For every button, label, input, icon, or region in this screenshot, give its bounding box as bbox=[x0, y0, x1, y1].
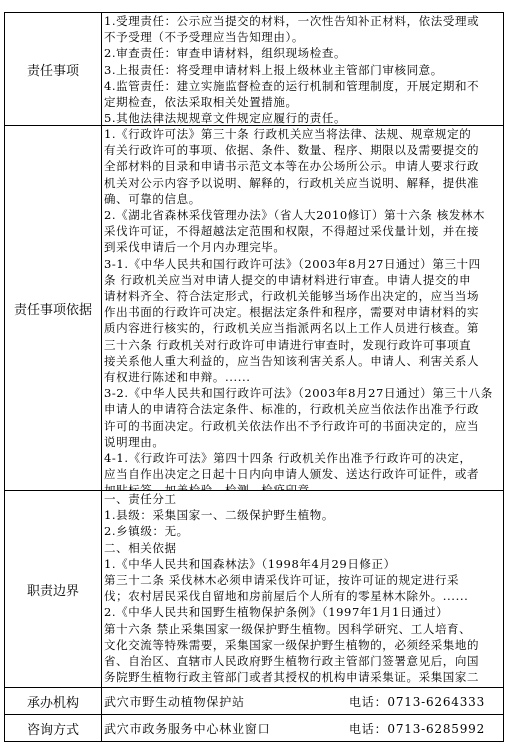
row-label: 承办机构 bbox=[5, 688, 102, 715]
text-line: 说明理由。 bbox=[104, 434, 503, 450]
text-line: 文化交流等特殊需要，采集国家一级保护野生植物的，必须经采集地的 bbox=[104, 637, 503, 653]
text-line: 作出书面的行政许可决定。根据法定条件和程序，需要对申请材料的实 bbox=[104, 304, 503, 320]
text-line: 1.受理责任：公示应当提交的材料，一次性告知补正材料，依法受理或 bbox=[104, 13, 503, 29]
text-line: 1.《行政许可法》第三十条 行政机关应当将法律、法规、规章规定的 bbox=[104, 126, 503, 142]
text-line: 省、自治区、直辖市人民政府野生植物行政主管部门签署意见后，向国 bbox=[104, 653, 503, 669]
responsibility-table: 责任事项 1.受理责任：公示应当提交的材料，一次性告知补正材料，依法受理或不予受… bbox=[4, 12, 504, 742]
row-responsibilities: 责任事项 1.受理责任：公示应当提交的材料，一次性告知补正材料，依法受理或不予受… bbox=[5, 13, 504, 126]
text-line: 申请人的申请符合法定条件、标准的，行政机关应当依法作出准予行政 bbox=[104, 401, 503, 417]
text-line: 许可的书面决定。行政机关依法作出不予行政许可的书面决定的，应当 bbox=[104, 418, 503, 434]
agency-phone: 电话：0713-6264333 bbox=[349, 693, 485, 710]
row-label: 责任事项 bbox=[5, 13, 102, 126]
row-content: 武穴市野生动植物保护站 电话：0713-6264333 bbox=[102, 688, 504, 715]
text-line: 二、相关依据 bbox=[104, 540, 503, 556]
consult-phone: 电话：0713-6285992 bbox=[349, 720, 485, 737]
row-duty-boundary: 职责边界 一、责任分工1.县级：采集国家一、二级保护野生植物。2.乡镇级：无。二… bbox=[5, 491, 504, 688]
text-line: 务院野生植物行政主管部门或者其授权的机构申请采集证。采集国家二 bbox=[104, 669, 503, 685]
text-line: 2.《湖北省森林采伐管理办法》（省人大2010修订）第十六条 核发林木 bbox=[104, 207, 503, 223]
text-line: 3.上报责任：将受理申请材料上报上级林业主管部门审核同意。 bbox=[104, 62, 503, 78]
content-block: 一、责任分工1.县级：采集国家一、二级保护野生植物。2.乡镇级：无。二、相关依据… bbox=[104, 491, 503, 687]
text-line: 应当自作出决定之日起十日内向申请人颁发、送达行政许可证件，或者 bbox=[104, 466, 503, 482]
text-line: 机关对公示内容予以说明、解释的，行政机关应当说明、解释，提供准 bbox=[104, 175, 503, 191]
text-line: 1.县级：采集国家一、二级保护野生植物。 bbox=[104, 507, 503, 523]
text-line: 定期检查，依法采取相关处置措施。 bbox=[104, 94, 503, 110]
consult-name: 武穴市政务服务中心林业窗口 bbox=[104, 720, 349, 737]
row-label: 职责边界 bbox=[5, 491, 102, 688]
text-line: 3-1.《中华人民共和国行政许可法》（2003年8月27日通过）第三十四 bbox=[104, 256, 503, 272]
text-line: 一、责任分工 bbox=[104, 491, 503, 507]
text-line: 第三十二条 采伐林木必须申请采伐许可证，按许可证的规定进行采 bbox=[104, 572, 503, 588]
row-consultation: 咨询方式 武穴市政务服务中心林业窗口 电话：0713-6285992 bbox=[5, 715, 504, 742]
text-line: 采伐许可证，不得超越法定范围和权限，不得超过采伐量计划，并在接 bbox=[104, 223, 503, 239]
content-block: 1.《行政许可法》第三十条 行政机关应当将法律、法规、规章规定的有关行政许可的事… bbox=[104, 126, 503, 490]
text-line: 第十六条 禁止采集国家一级保护野生植物。因科学研究、工人培育、 bbox=[104, 621, 503, 637]
text-line: 有关行政许可的事项、依据、条件、数量、程序、期限以及需要提交的 bbox=[104, 142, 503, 158]
text-line: 加贴标签、加盖检验、检测、检疫印章。 bbox=[104, 482, 503, 490]
text-line: 确、可靠的信息。 bbox=[104, 191, 503, 207]
text-line: 到采伐申请后一个月内办理完毕。 bbox=[104, 239, 503, 255]
text-line: 1.《中华人民共和国森林法》（1998年4月29日修正） bbox=[104, 556, 503, 572]
text-line: 4.监管责任：建立实施监督检查的运行机制和管理制度，开展定期和不 bbox=[104, 78, 503, 94]
row-content: 武穴市政务服务中心林业窗口 电话：0713-6285992 bbox=[102, 715, 504, 742]
row-content: 1.《行政许可法》第三十条 行政机关应当将法律、法规、规章规定的有关行政许可的事… bbox=[102, 126, 504, 491]
text-line: 2.《中华人民共和国野生植物保护条例》（1997年1月1日通过） bbox=[104, 604, 503, 620]
row-responsibility-basis: 责任事项依据 1.《行政许可法》第三十条 行政机关应当将法律、法规、规章规定的有… bbox=[5, 126, 504, 491]
row-content: 一、责任分工1.县级：采集国家一、二级保护野生植物。2.乡镇级：无。二、相关依据… bbox=[102, 491, 504, 688]
text-line: 伐；农村居民采伐自留地和房前屋后个人所有的零星林木除外。...... bbox=[104, 588, 503, 604]
text-line: 请材料齐全、符合法定形式，行政机关能够当场作出决定的，应当当场 bbox=[104, 288, 503, 304]
row-label: 咨询方式 bbox=[5, 715, 102, 742]
text-line: 4-1.《行政许可法》第四十四条 行政机关作出准予行政许可的决定， bbox=[104, 450, 503, 466]
content-block: 1.受理责任：公示应当提交的材料，一次性告知补正材料，依法受理或不予受理（不予受… bbox=[104, 13, 503, 125]
row-handling-agency: 承办机构 武穴市野生动植物保护站 电话：0713-6264333 bbox=[5, 688, 504, 715]
agency-name: 武穴市野生动植物保护站 bbox=[104, 693, 349, 710]
text-line: 接关系他人重大利益的，应当告知该利害关系人。申请人、利害关系人 bbox=[104, 353, 503, 369]
row-content: 1.受理责任：公示应当提交的材料，一次性告知补正材料，依法受理或不予受理（不予受… bbox=[102, 13, 504, 126]
row-label: 责任事项依据 bbox=[5, 126, 102, 491]
text-line: 有权进行陈述和申辩。...... bbox=[104, 369, 503, 385]
text-line: 2.乡镇级：无。 bbox=[104, 523, 503, 539]
text-line: 3-2.《中华人民共和国行政许可法》（2003年8月27日通过）第三十八条 bbox=[104, 385, 503, 401]
text-line: 全部材料的目录和申请书示范文本等在办公场所公示。申请人要求行政 bbox=[104, 158, 503, 174]
text-line: 2.审查责任：审查申请材料，组织现场检查。 bbox=[104, 45, 503, 61]
text-line: 三十六条 行政机关对行政许可申请进行审查时，发现行政许可事项直 bbox=[104, 337, 503, 353]
text-line: 5.其他法律法规规章文件规定应履行的责任。 bbox=[104, 110, 503, 125]
text-line: 不予受理（不予受理应当告知理由）。 bbox=[104, 29, 503, 45]
text-line: 质内容进行核实的，行政机关应当指派两名以上工作人员进行核查。第 bbox=[104, 320, 503, 336]
text-line: 条 行政机关应当对申请人提交的申请材料进行审查。申请人提交的申 bbox=[104, 272, 503, 288]
